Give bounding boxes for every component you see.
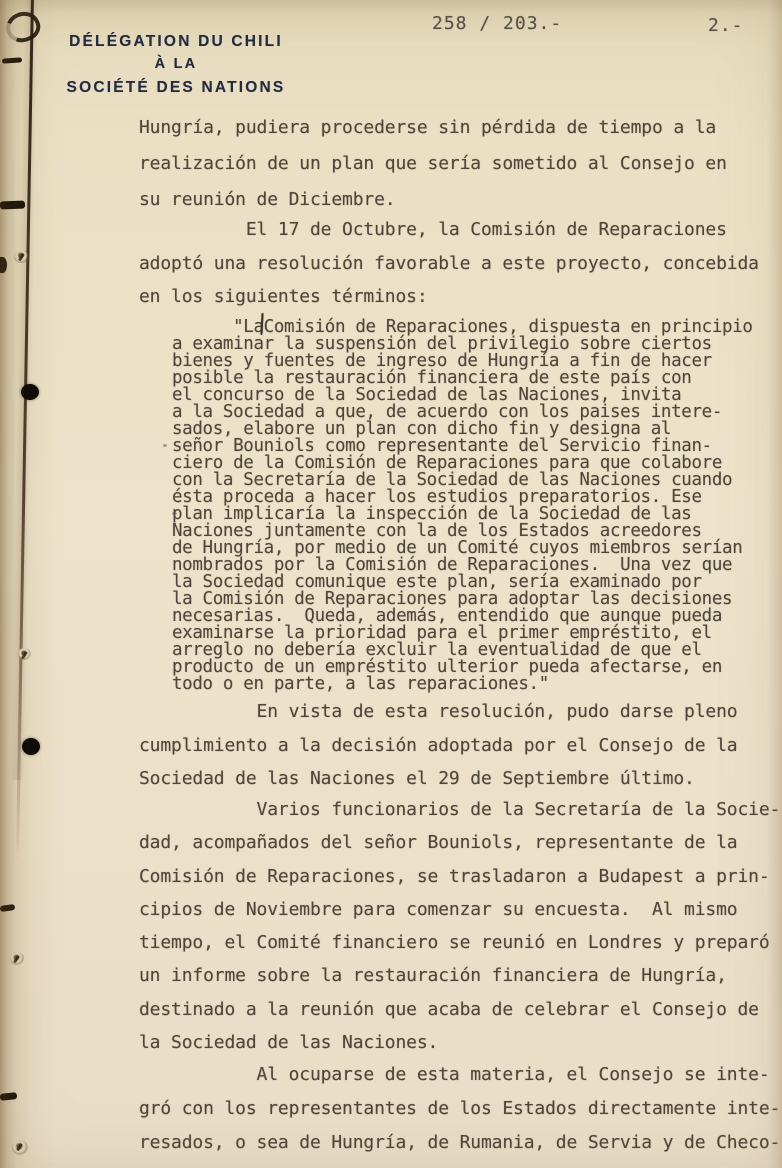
binding-thread-loop bbox=[1, 6, 44, 47]
binding-hole bbox=[12, 1140, 28, 1155]
opening-paragraph: Hungría, pudiera procederse sin pérdida … bbox=[139, 110, 727, 218]
reference-number: 258 / 203.- bbox=[432, 13, 562, 34]
stitch-mark bbox=[0, 201, 25, 210]
binding-hole bbox=[14, 250, 29, 263]
council-paragraph: Al ocuparse de esta materia, el Consejo … bbox=[139, 1058, 780, 1160]
binding-fold-line bbox=[15, 0, 33, 899]
mission-paragraph: Varios funcionarios de la Secretaría de … bbox=[139, 793, 780, 1059]
binding-crease-shadow bbox=[10, 0, 38, 780]
stitch-mark bbox=[0, 904, 15, 912]
binding-hole bbox=[18, 648, 31, 660]
stitch-mark bbox=[2, 57, 22, 63]
paper-fleck bbox=[163, 444, 167, 447]
binding-hole bbox=[10, 952, 24, 965]
document-page: 258 / 203.- 2.- DÉLÉGATION DU CHILI À LA… bbox=[0, 0, 782, 1168]
resolution-quote-block: "LaComisión de Reparaciones, dispuesta e… bbox=[172, 319, 753, 693]
letterhead-line-3: SOCIÉTÉ DES NATIONS bbox=[52, 76, 300, 99]
compliance-paragraph: En vista de esta resolución, pudo darse … bbox=[139, 695, 737, 796]
page-number: 2.- bbox=[708, 15, 744, 36]
letterhead-line-2: À LA bbox=[52, 53, 300, 76]
letterhead-line-1: DÉLÉGATION DU CHILI bbox=[52, 30, 300, 53]
ink-blot-hole bbox=[22, 738, 40, 755]
resolution-intro-paragraph: El 17 de Octubre, la Comisión de Reparac… bbox=[139, 213, 759, 314]
letterhead-stamp: DÉLÉGATION DU CHILI À LA SOCIÉTÉ DES NAT… bbox=[52, 30, 300, 99]
edge-ink-mark bbox=[0, 257, 7, 273]
stitch-mark bbox=[0, 1092, 17, 1101]
ink-blot-hole bbox=[21, 384, 39, 400]
